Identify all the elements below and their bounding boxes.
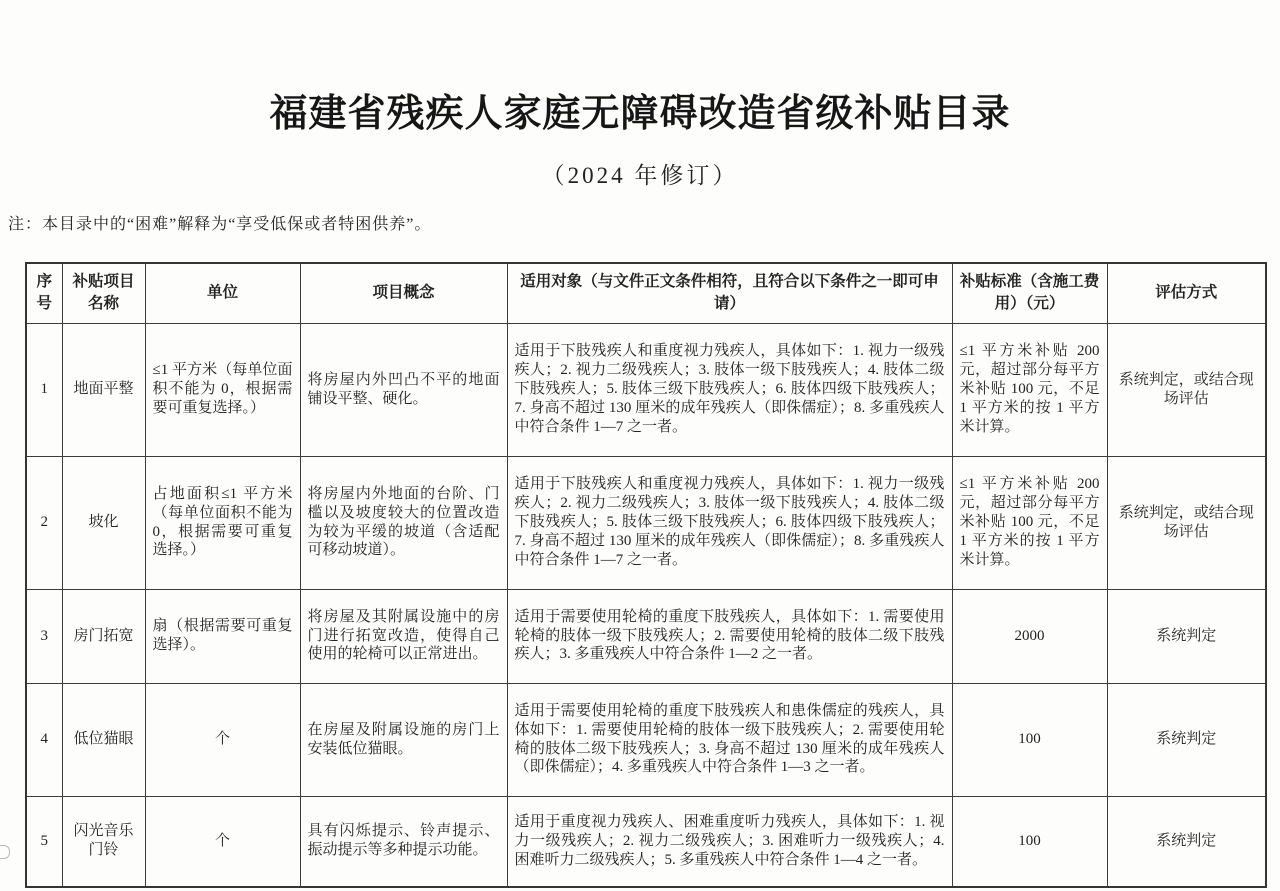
table-header-row: 序号 补贴项目名称 单位 项目概念 适用对象（与文件正文条件相符，且符合以下条件… [26, 263, 1266, 323]
column-header-standard: 补贴标准（含施工费用）（元） [952, 263, 1107, 323]
cell-target: 适用于下肢残疾人和重度视力残疾人，具体如下：1. 视力一级残疾人；2. 视力二级… [507, 323, 952, 456]
cell-concept: 具有闪烁提示、铃声提示、振动提示等多种提示功能。 [300, 796, 507, 887]
cell-name: 低位猫眼 [62, 683, 145, 796]
cell-name: 闪光音乐门铃 [62, 796, 145, 887]
cell-target: 适用于重度视力残疾人、困难重度听力残疾人，具体如下：1. 视力一级残疾人；2. … [507, 796, 952, 887]
table-row: 2 坡化 占地面积≤1 平方米（每单位面积不能为 0，根据需要可重复选择。） 将… [26, 456, 1266, 589]
document-title: 福建省残疾人家庭无障碍改造省级补贴目录 [0, 82, 1280, 137]
cell-no: 3 [26, 589, 62, 683]
cell-unit: 占地面积≤1 平方米（每单位面积不能为 0，根据需要可重复选择。） [145, 456, 300, 589]
cell-evaluation: 系统判定，或结合现场评估 [1107, 456, 1266, 589]
column-header-unit: 单位 [145, 263, 300, 323]
cell-target: 适用于需要使用轮椅的重度下肢残疾人，具体如下：1. 需要使用轮椅的肢体一级下肢残… [507, 589, 952, 683]
cell-no: 4 [26, 683, 62, 796]
cell-target: 适用于下肢残疾人和重度视力残疾人，具体如下：1. 视力一级残疾人；2. 视力二级… [507, 456, 952, 589]
cell-standard: 100 [952, 683, 1107, 796]
cell-no: 1 [26, 323, 62, 456]
cell-no: 2 [26, 456, 62, 589]
cell-standard: 2000 [952, 589, 1107, 683]
document-note: 注：本目录中的“困难”解释为“享受低保或者特困供养”。 [8, 211, 431, 234]
scan-artifact [0, 845, 10, 859]
column-header-name: 补贴项目名称 [62, 263, 145, 323]
cell-concept: 在房屋及附属设施的房门上安装低位猫眼。 [300, 683, 507, 796]
cell-name: 地面平整 [62, 323, 145, 456]
column-header-evaluation: 评估方式 [1107, 263, 1266, 323]
cell-unit: ≤1 平方米（每单位面积不能为 0，根据需要可重复选择。） [145, 323, 300, 456]
table-row: 4 低位猫眼 个 在房屋及附属设施的房门上安装低位猫眼。 适用于需要使用轮椅的重… [26, 683, 1266, 796]
cell-concept: 将房屋及其附属设施中的房门进行拓宽改造，使得自己使用的轮椅可以正常进出。 [300, 589, 507, 683]
table-row: 1 地面平整 ≤1 平方米（每单位面积不能为 0，根据需要可重复选择。） 将房屋… [26, 323, 1266, 456]
column-header-no: 序号 [26, 263, 62, 323]
table-row: 3 房门拓宽 扇（根据需要可重复选择）。 将房屋及其附属设施中的房门进行拓宽改造… [26, 589, 1266, 683]
cell-evaluation: 系统判定 [1107, 796, 1266, 887]
column-header-concept: 项目概念 [300, 263, 507, 323]
cell-evaluation: 系统判定 [1107, 683, 1266, 796]
table-row: 5 闪光音乐门铃 个 具有闪烁提示、铃声提示、振动提示等多种提示功能。 适用于重… [26, 796, 1266, 887]
cell-no: 5 [26, 796, 62, 887]
cell-standard: 100 [952, 796, 1107, 887]
cell-concept: 将房屋内外凹凸不平的地面铺设平整、硬化。 [300, 323, 507, 456]
cell-evaluation: 系统判定 [1107, 589, 1266, 683]
cell-standard: ≤1 平方米补贴 200 元，超过部分每平方米补贴 100 元，不足 1 平方米… [952, 323, 1107, 456]
column-header-target: 适用对象（与文件正文条件相符，且符合以下条件之一即可申请） [507, 263, 952, 323]
cell-target: 适用于需要使用轮椅的重度下肢残疾人和患侏儒症的残疾人，具体如下：1. 需要使用轮… [507, 683, 952, 796]
cell-unit: 扇（根据需要可重复选择）。 [145, 589, 300, 683]
cell-unit: 个 [145, 796, 300, 887]
cell-name: 房门拓宽 [62, 589, 145, 683]
cell-standard: ≤1 平方米补贴 200 元，超过部分每平方米补贴 100 元，不足 1 平方米… [952, 456, 1107, 589]
subsidy-table: 序号 补贴项目名称 单位 项目概念 适用对象（与文件正文条件相符，且符合以下条件… [25, 262, 1267, 888]
cell-unit: 个 [145, 683, 300, 796]
cell-name: 坡化 [62, 456, 145, 589]
document-page: 福建省残疾人家庭无障碍改造省级补贴目录 （2024 年修订） 注：本目录中的“困… [0, 0, 1280, 891]
document-subtitle: （2024 年修订） [0, 157, 1280, 190]
cell-evaluation: 系统判定，或结合现场评估 [1107, 323, 1266, 456]
cell-concept: 将房屋内外地面的台阶、门槛以及坡度较大的位置改造为较为平缓的坡道（含适配可移动坡… [300, 456, 507, 589]
